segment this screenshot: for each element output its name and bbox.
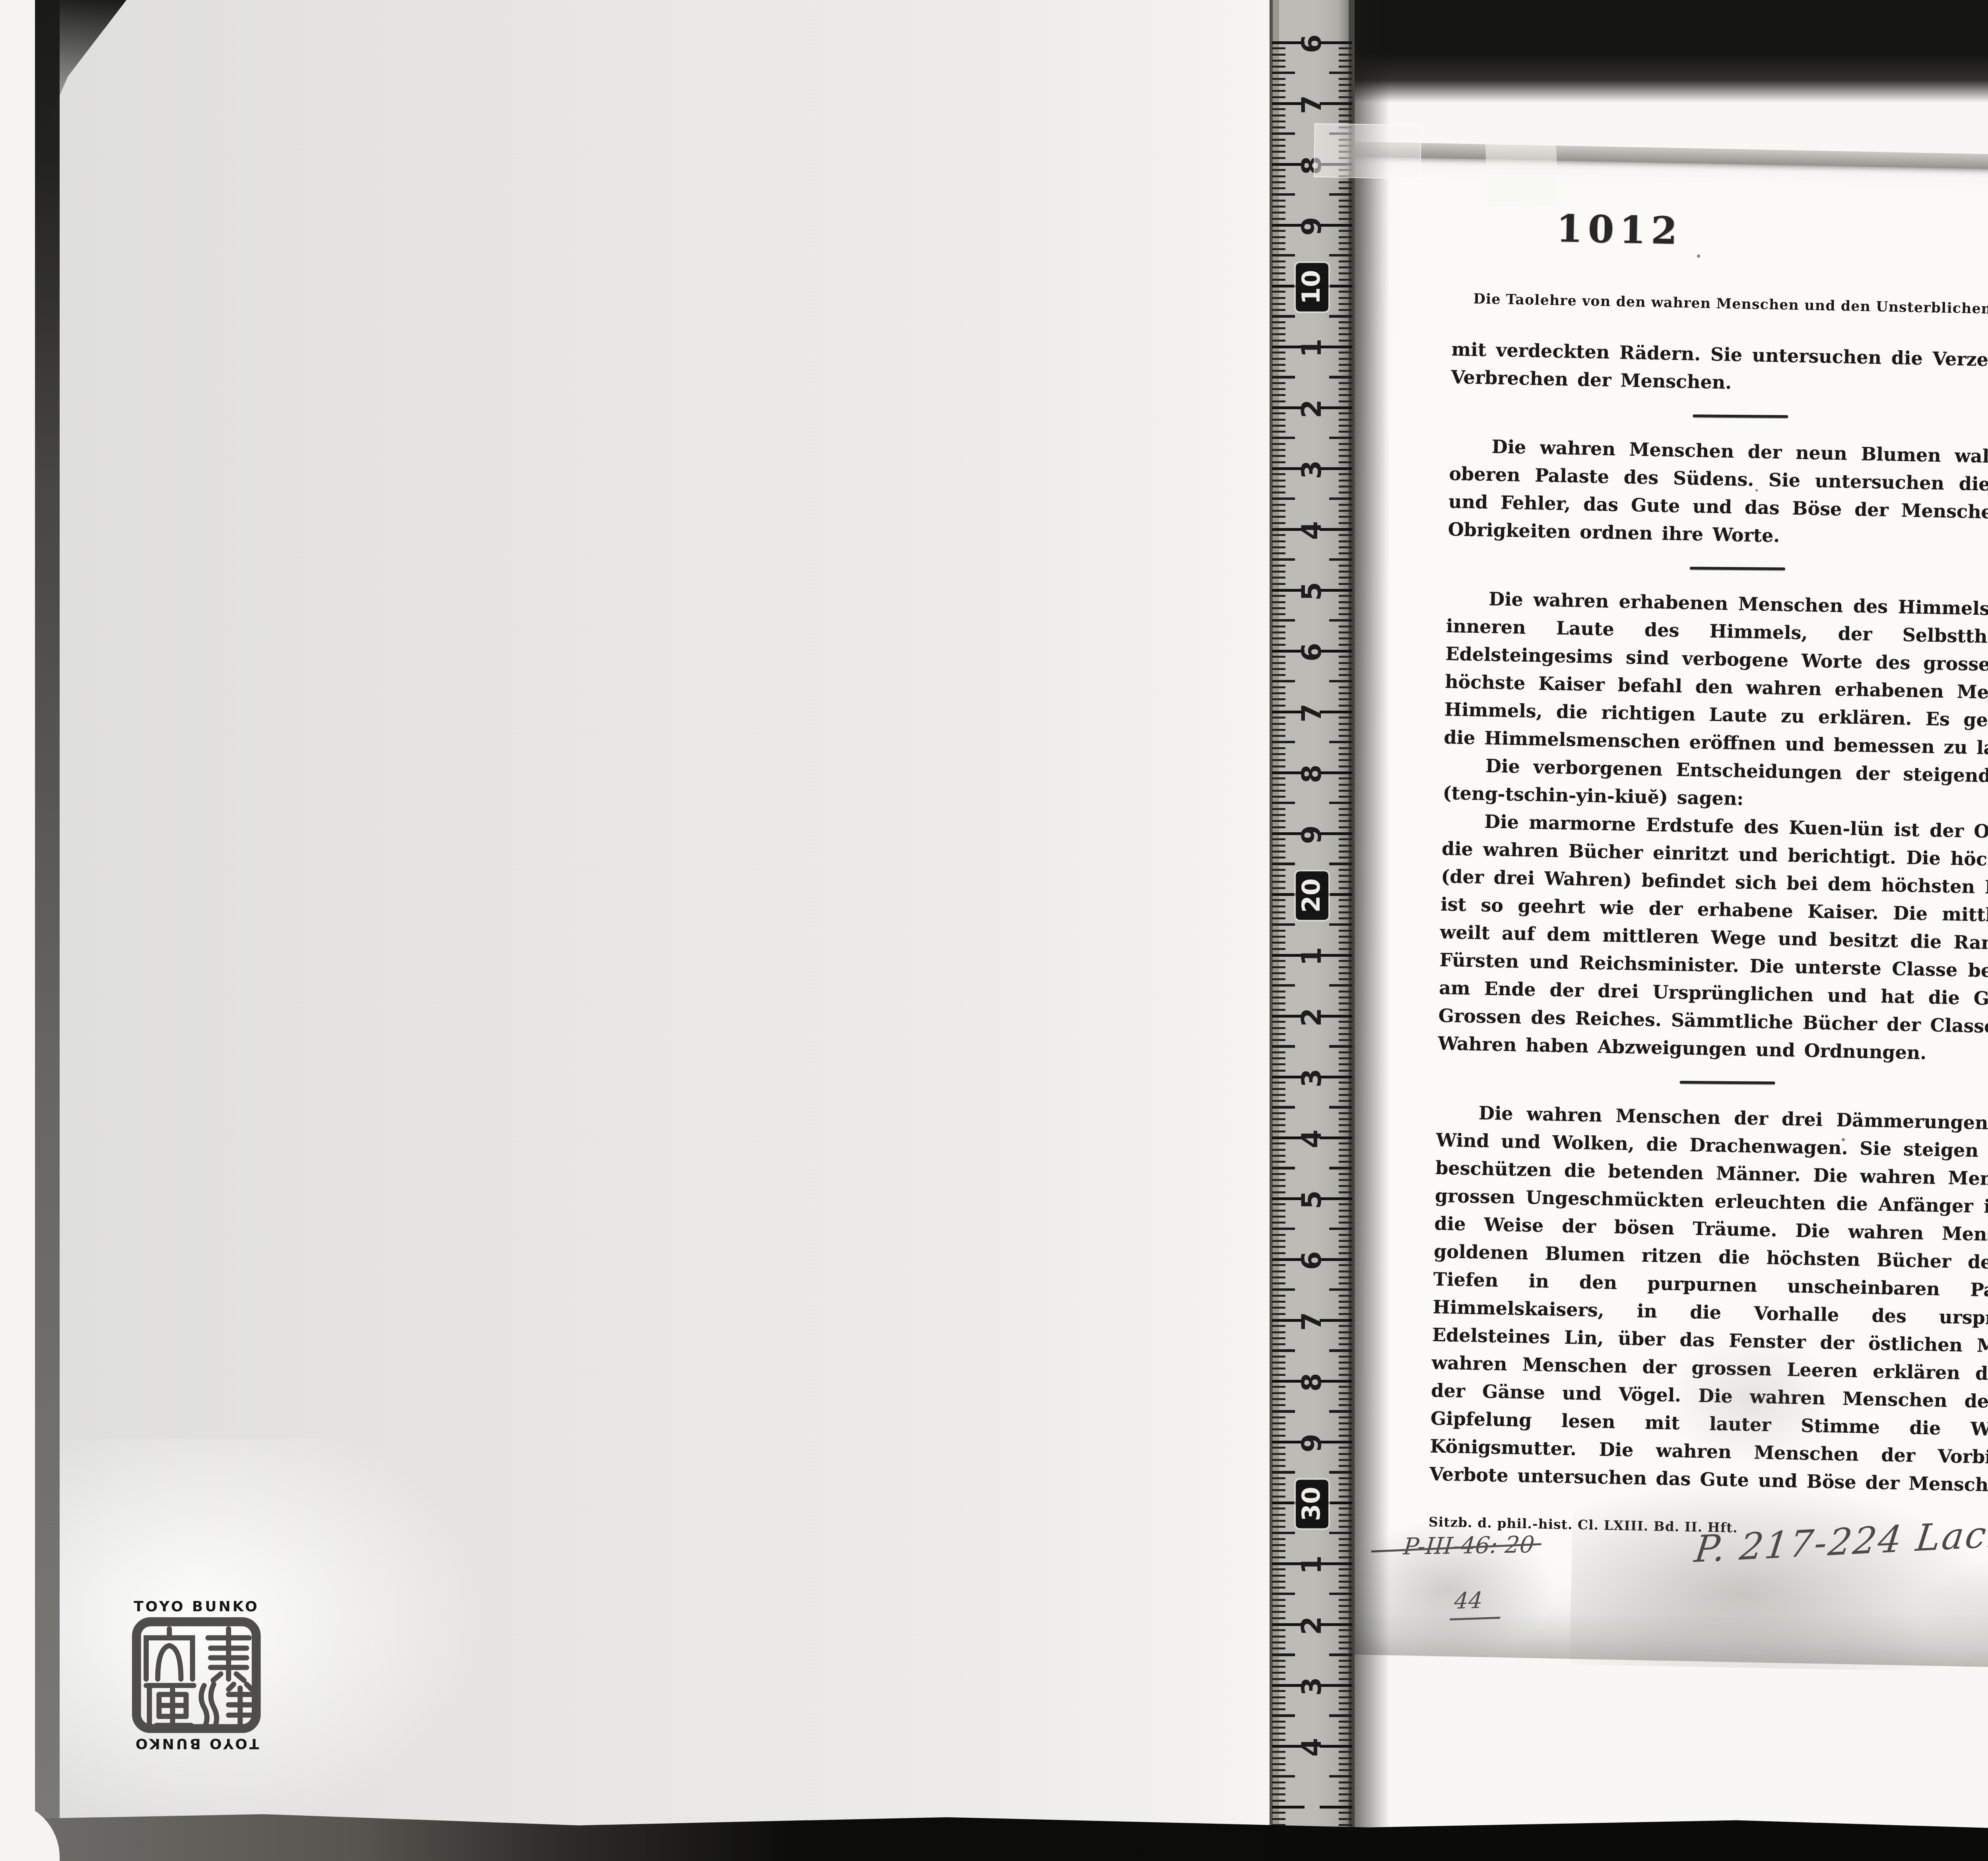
measuring-tape-ruler: 67891012345678920123456789301234 (1270, 0, 1355, 1861)
ruler-cm-label: 7 (1299, 703, 1326, 722)
dust-speck (1755, 489, 1758, 491)
smudge (1912, 1548, 1988, 1676)
body-paragraph: Die wahren erhabenen Menschen des Himmel… (1444, 584, 1988, 764)
body-paragraph: Die wahren Menschen der drei Dämmerungen… (1429, 1098, 1988, 1501)
ruler-cm-label: 9 (1299, 825, 1326, 844)
ruler-decade-label: 10 (1296, 263, 1328, 311)
toyo-bunko-seal-icon (132, 1617, 261, 1733)
adhesive-tape (1485, 130, 1558, 207)
ruler-cm-label: 2 (1299, 399, 1326, 418)
toyo-bunko-stamp-bottom-left: TOYO BUNKO TOYO BUNKO (126, 1599, 266, 1752)
ruler-cm-label: 4 (1299, 1738, 1326, 1756)
ruler-cm-label: 6 (1299, 643, 1326, 661)
section-divider (1690, 567, 1785, 570)
ruler-cm-label: 2 (1299, 1616, 1326, 1635)
ruler-decade-label: 30 (1296, 1480, 1328, 1528)
book-spine-edge (35, 0, 60, 1861)
scanned-book-spread: 1012 Die Taolehre von den wahren Mensche… (0, 0, 1988, 1861)
running-header-title: Die Taolehre von den wahren Menschen und… (1452, 290, 1988, 319)
ruler-cm-label: 4 (1299, 521, 1326, 540)
running-header: Die Taolehre von den wahren Menschen und… (1452, 290, 1988, 332)
accession-number-stamp: 1012 (1556, 207, 1683, 253)
handwritten-number: 44 (1450, 1587, 1503, 1620)
ruler-decade-label: 20 (1296, 871, 1328, 920)
text-column: Die Taolehre von den wahren Menschen und… (1428, 290, 1988, 1551)
dust-speck (1697, 254, 1700, 258)
ruler-cm-label: 3 (1299, 460, 1326, 479)
body-paragraph: Die wahren Menschen der neun Blumen walt… (1448, 432, 1988, 556)
ruler-cm-label: 5 (1299, 1190, 1326, 1209)
body-paragraph: mit verdeckten Rädern. Sie untersuchen d… (1451, 335, 1988, 404)
facing-page (0, 0, 1353, 1861)
ruler-cm-label: 3 (1299, 1068, 1326, 1087)
ruler-cm-label: 3 (1299, 1677, 1326, 1696)
handwritten-shelf-code: P-III-46: 20 (1402, 1531, 1536, 1560)
ruler-cm-label: 7 (1299, 1312, 1326, 1331)
ruler-cm-label: 7 (1299, 95, 1326, 114)
body-paragraph: Die marmorne Erdstufe des Kuen-lün ist d… (1438, 807, 1988, 1070)
ruler-cm-label: 6 (1299, 34, 1326, 53)
ruler-cm-label: 9 (1299, 1434, 1326, 1452)
ruler-cm-label: 9 (1299, 217, 1326, 235)
ruler-cm-label: 2 (1299, 1008, 1326, 1026)
section-divider (1680, 1081, 1775, 1084)
ruler-cm-label: 1 (1299, 338, 1326, 357)
ruler-cm-label: 1 (1299, 947, 1326, 965)
ruler-cm-label: 8 (1299, 764, 1326, 783)
stamp-label-inverted: TOYO BUNKO (134, 1735, 259, 1752)
scan-left-margin (0, 0, 36, 1861)
stamp-label: TOYO BUNKO (134, 1599, 259, 1615)
ruler-cm-label: 5 (1299, 582, 1326, 600)
ruler-cm-label: 1 (1299, 1555, 1326, 1574)
ruler-cm-label: 4 (1299, 1129, 1326, 1148)
body-text: mit verdeckten Rädern. Sie untersuchen d… (1429, 335, 1988, 1501)
scanner-void-top (1353, 0, 1988, 103)
dust-speck (1842, 1138, 1845, 1141)
ruler-cm-label: 6 (1299, 1251, 1326, 1270)
ruler-shadow (1355, 0, 1390, 1861)
section-divider (1693, 414, 1788, 418)
ruler-cm-label: 8 (1299, 1373, 1326, 1391)
book-page: 1012 Die Taolehre von den wahren Mensche… (1323, 157, 1988, 1679)
adhesive-tape (1314, 123, 1421, 179)
